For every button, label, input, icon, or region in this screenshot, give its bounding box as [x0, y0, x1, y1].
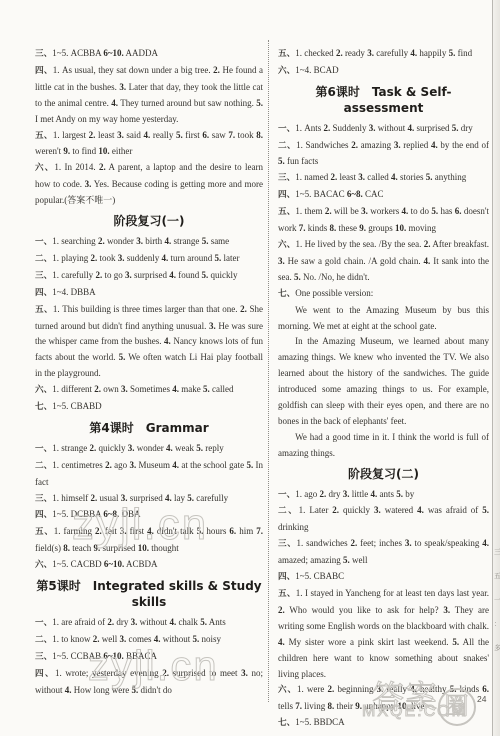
edge-text-fragment: ： [494, 620, 500, 628]
scanned-answer-page: 三、1~5. ACBBA 6~10. AADDA四、1. As usual, t… [0, 0, 500, 736]
answer-line: 二、1. to know 2. well 3. comes 4. without… [35, 632, 263, 649]
page-binding-line [492, 0, 493, 736]
page-number: 24 [477, 694, 486, 704]
edge-text-fragment: 五 [494, 572, 500, 580]
answer-line: 四、1~5. CBABC [278, 569, 489, 586]
answer-line: 六、1. In 2014. 2. A parent, a laptop and … [35, 160, 263, 209]
section-heading: 阶段复习(一) [35, 209, 263, 234]
answer-line: 四、1~4. DBBA [35, 285, 263, 302]
section-heading: 阶段复习(二) [278, 462, 489, 487]
edge-text-fragment: 多 [494, 644, 500, 652]
answer-line: 六、1~4. BCAD [278, 63, 489, 80]
answer-line: 二、1. Sandwiches 2. amazing 3. replied 4.… [278, 138, 489, 171]
answer-column-right: 五、1. checked 2. ready 3. carefully 4. ha… [278, 46, 489, 732]
column-divider [268, 40, 269, 702]
answer-line: In the Amazing Museum, we learned about … [278, 334, 489, 429]
section-heading: 第5课时 Integrated skills & Study skills [35, 574, 263, 615]
answer-line: 七、1~5. CBABD [35, 399, 263, 416]
answer-line: 六、1. He lived by the sea. /By the sea. 2… [278, 237, 489, 286]
answer-line: 一、1. are afraid of 2. dry 3. without 4. … [35, 615, 263, 632]
edge-text-fragment: 一 [494, 596, 500, 604]
answer-line: 五、1. checked 2. ready 3. carefully 4. ha… [278, 46, 489, 63]
answer-line: 三、1. sandwiches 2. feet; inches 3. to sp… [278, 536, 489, 569]
answer-line: 四、1. wrote; yesterday evening 2. surpris… [35, 666, 263, 699]
answer-line: 六、1. were 2. beginning 3. really 4. heal… [278, 682, 489, 715]
answer-line: 七、1~5. BBDCA [278, 715, 489, 732]
answer-line: 四、1~5. DCBBA 6~8. DBA [35, 507, 263, 524]
edge-text-fragment: 三 [494, 548, 500, 556]
answer-line: 三、1~5. CCBAB 6~10. BBACA [35, 649, 263, 666]
section-heading: 第6课时 Task & Self-assessment [278, 80, 489, 121]
answer-column-left: 三、1~5. ACBBA 6~10. AADDA四、1. As usual, t… [35, 46, 263, 698]
answer-line: We went to the Amazing Museum by bus thi… [278, 303, 489, 335]
answer-line: 四、1. As usual, they sat down under a big… [35, 63, 263, 128]
answer-line: 五、1. largest 2. least 3. said 4. really … [35, 128, 263, 161]
answer-line: 三、1. carefully 2. to go 3. surprised 4. … [35, 268, 263, 285]
answer-line: 二、1. playing 2. took 3. suddenly 4. turn… [35, 251, 263, 268]
answer-line: 六、1~5. CACBD 6~10. ACBDA [35, 557, 263, 574]
answer-line: 五、1. This building is three times larger… [35, 302, 263, 383]
answer-line: 一、1. Ants 2. Suddenly 3. without 4. surp… [278, 121, 489, 138]
answer-line: 五、1. them 2. will be 3. workers 4. to do… [278, 204, 489, 237]
answer-line: 三、1~5. ACBBA 6~10. AADDA [35, 46, 263, 63]
answer-line: 五、1. farming 2. felt 3. first 4. didn't … [35, 524, 263, 557]
section-heading: 第4课时 Grammar [35, 416, 263, 441]
answer-line: 三、1. himself 2. usual 3. surprised 4. la… [35, 491, 263, 508]
answer-line: 一、1. searching 2. wonder 3. birth 4. str… [35, 234, 263, 251]
answer-line: 六、1. different 2. own 3. Sometimes 4. ma… [35, 382, 263, 399]
answer-line: We had a good time in it. I think the wo… [278, 430, 489, 462]
answer-line: 三、1. named 2. least 3. called 4. stories… [278, 170, 489, 187]
answer-line: 二、1. Later 2. quickly 3. watered 4. was … [278, 503, 489, 536]
answer-line: 一、1. ago 2. dry 3. little 4. ants 5. by [278, 487, 489, 504]
answer-line: 四、1~5. BACAC 6~8. CAC [278, 187, 489, 204]
answer-line: 七、One possible version: [278, 286, 489, 303]
answer-line: 二、1. centimetres 2. ago 3. Museum 4. at … [35, 458, 263, 491]
answer-line: 一、1. strange 2. quickly 3. wonder 4. wea… [35, 441, 263, 458]
answer-line: 五、1. I stayed in Yancheng for at least t… [278, 586, 489, 682]
